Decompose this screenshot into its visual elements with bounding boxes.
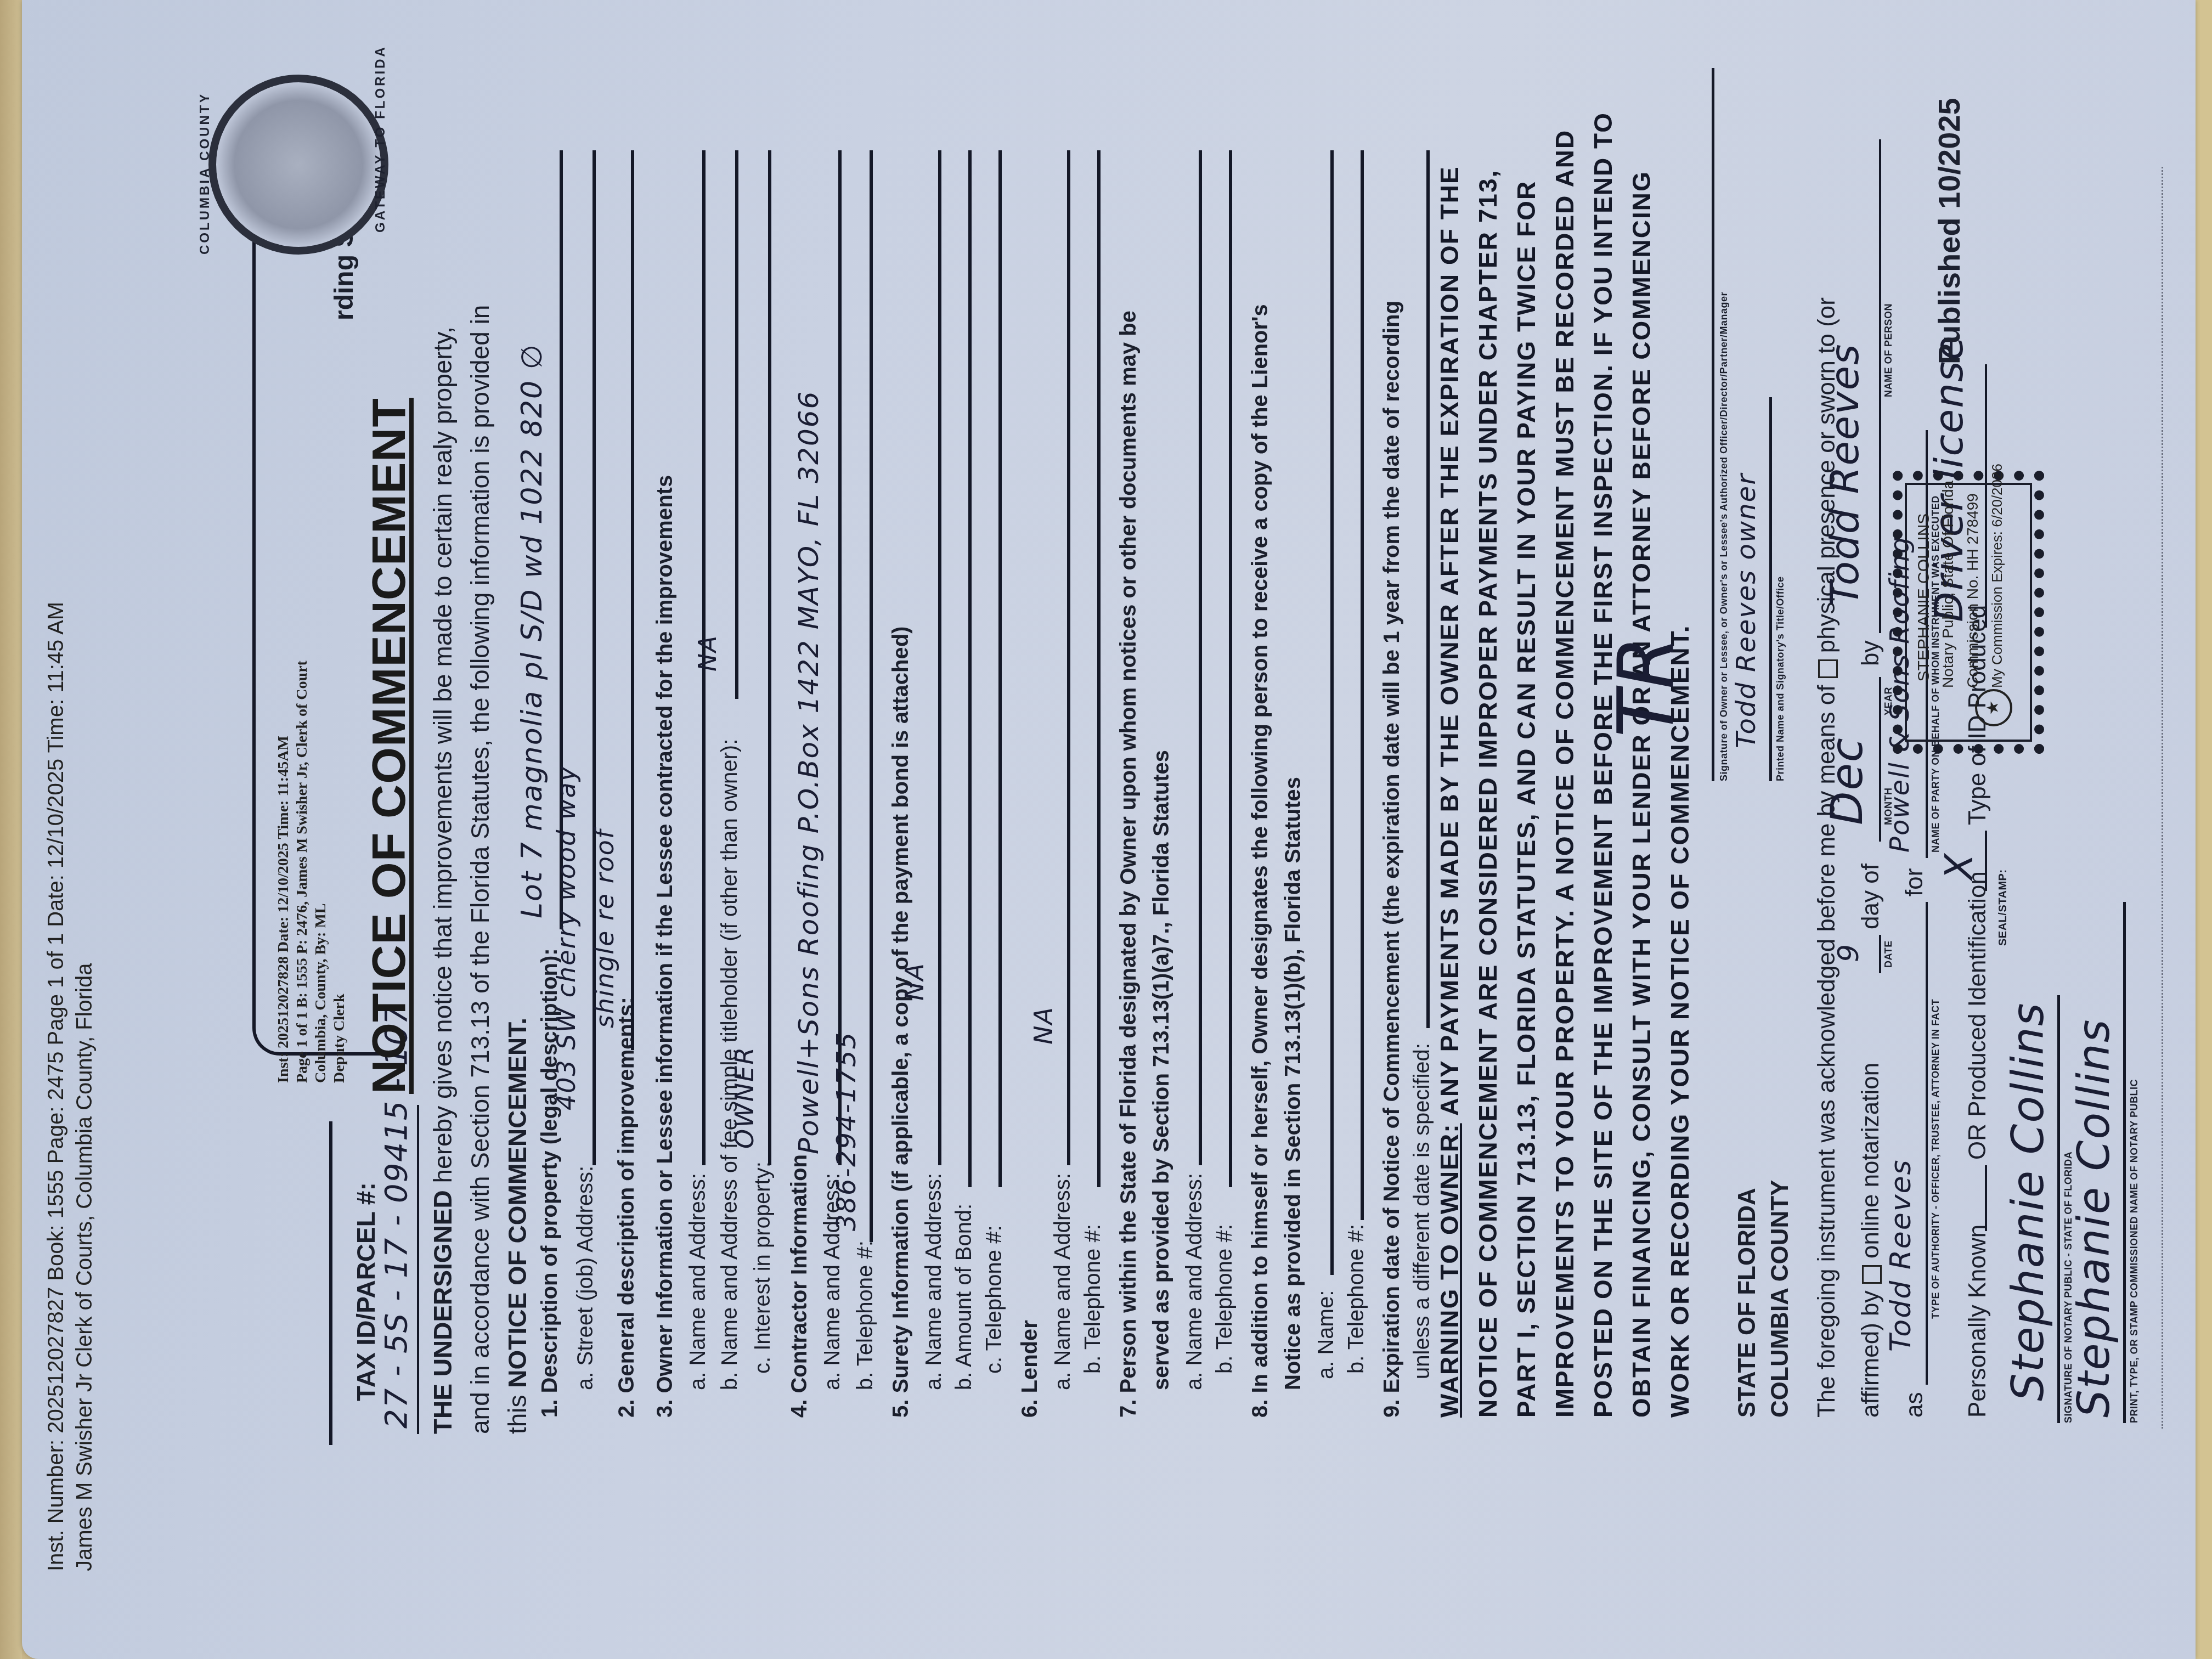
item8-label: 8. In addition to himself or herself, Ow… bbox=[1248, 304, 1273, 1418]
item1a-label: a. Street (job) Address: bbox=[573, 1166, 598, 1390]
titleholder-line bbox=[735, 150, 738, 699]
ack-for-label: for bbox=[1901, 868, 1928, 896]
notary-stamp-expires: My Commission Expires: 6/20/2026 bbox=[1989, 507, 2006, 688]
item5b-label: b. Amount of Bond: bbox=[952, 1204, 977, 1390]
item5a-label: a. Name and Address: bbox=[922, 1173, 946, 1390]
printed-name-caption: Printed Name and Signatory's Title/Offic… bbox=[1775, 576, 1786, 781]
ack-person-value[interactable]: Todd Reeves bbox=[1821, 343, 1867, 606]
ack-day-line bbox=[1879, 935, 1881, 973]
tax-id-label: TAX ID/PARCEL #: bbox=[351, 1182, 381, 1401]
desk-surface-right bbox=[2196, 0, 2212, 1659]
ack-as-line bbox=[1926, 902, 1928, 1385]
recording-header-line2: James M Swisher Jr Clerk of Courts, Colu… bbox=[72, 963, 97, 1571]
affirmed-label: affirmed) by bbox=[1857, 1291, 1884, 1418]
item3-label: 3. Owner Information or Lessee informati… bbox=[653, 475, 678, 1418]
item8a-label: a. Name: bbox=[1314, 1290, 1339, 1379]
tax-id-underline bbox=[417, 1105, 419, 1434]
venue-state: STATE OF FLORIDA bbox=[1734, 1188, 1761, 1418]
item6b-label: b. Telephone #: bbox=[1081, 1224, 1105, 1374]
notary-seal-icon: ★ bbox=[1975, 689, 2012, 726]
bottom-edge-rule bbox=[2162, 167, 2165, 1429]
personally-known-line[interactable] bbox=[1985, 1165, 1987, 1231]
clerk-stamp-line1: Inst: 202512027828 Date: 12/10/2025 Time… bbox=[274, 736, 293, 1083]
ack-line2: affirmed) by online notarization bbox=[1857, 1063, 1884, 1418]
interest-line bbox=[768, 150, 771, 1165]
titleholder-value[interactable]: NA bbox=[694, 635, 722, 672]
recording-header-line1: Inst. Number: 202512027827 Book: 1555 Pa… bbox=[44, 602, 69, 1571]
interest-value[interactable]: OWNER bbox=[730, 1046, 759, 1149]
ack-date-caption: DATE bbox=[1883, 940, 1894, 968]
paper-sheet: Inst. Number: 202512027827 Book: 1555 Pa… bbox=[22, 0, 2196, 1659]
street-address-value[interactable]: 403 SW cherry wood way bbox=[551, 765, 581, 1110]
notary-printed-name[interactable]: Stephanie Collins bbox=[2068, 1019, 2119, 1418]
produced-id-value[interactable]: X bbox=[1937, 853, 1982, 880]
item5-label: 5. Surety Information (if applicable, a … bbox=[889, 627, 913, 1418]
page-title: NOTICE OF COMMENCEMENT bbox=[362, 398, 416, 1094]
item8-label2: Notice as provided in Section 713.13(1)(… bbox=[1281, 777, 1306, 1390]
bond-amount-line[interactable] bbox=[968, 150, 972, 1187]
warning-text-0: ANY PAYMENTS MADE BY THE OWNER AFTER THE… bbox=[1435, 166, 1464, 1116]
intro-notice: NOTICE OF COMMENCEMENT. bbox=[503, 1018, 532, 1388]
lienor-copy-phone-line[interactable] bbox=[1361, 150, 1364, 1220]
printed-name-line bbox=[1769, 397, 1772, 781]
item2-label: 2. General description of improvements: bbox=[614, 997, 639, 1418]
signature-line bbox=[1712, 68, 1714, 781]
ack-person-line bbox=[1879, 139, 1881, 633]
item7-label: 7. Person within the State of Florida de… bbox=[1116, 311, 1141, 1418]
contractor-value[interactable]: Powell+Sons Roofing P.O.Box 1422 MAYO, F… bbox=[793, 391, 825, 1154]
ack-as-label: as bbox=[1901, 1392, 1928, 1418]
ack-authority-caption: TYPE OF AUTHORITY - OFFICER, TRUSTEE, AT… bbox=[1930, 999, 1942, 1319]
ack-day-of-label: day of bbox=[1857, 864, 1884, 929]
contractor-phone-line bbox=[870, 150, 873, 1242]
county-seal-icon bbox=[208, 75, 388, 255]
item7-label2: served as provided by Section 713.13(1)(… bbox=[1149, 750, 1174, 1390]
printed-name-value[interactable]: Todd Reeves owner bbox=[1731, 473, 1762, 748]
clerk-stamp-line3: Columbia, County, By: ML bbox=[312, 904, 330, 1084]
physical-presence-checkbox[interactable] bbox=[1818, 659, 1838, 678]
improvements-line bbox=[631, 150, 634, 1050]
item6a-label: a. Name and Address: bbox=[1051, 1173, 1075, 1390]
item5c-label: c. Telephone #: bbox=[982, 1225, 1007, 1374]
warning-line3: IMPROVEMENTS TO YOUR PROPERTY. A NOTICE … bbox=[1550, 129, 1579, 1418]
improvements-value[interactable]: shingle re roof bbox=[590, 829, 619, 1028]
produced-id-line bbox=[1985, 831, 1987, 891]
item8b-label: b. Telephone #: bbox=[1344, 1224, 1369, 1374]
clerk-stamp-line2: Page 1 of 1 B: 1555 P: 2476, James M Swi… bbox=[293, 661, 312, 1083]
county-seal-bottom-text: GATEWAY TO FLORIDA bbox=[373, 45, 388, 233]
surety-line bbox=[938, 150, 941, 1165]
document-page: Inst. Number: 202512027827 Book: 1555 Pa… bbox=[22, 0, 2196, 1659]
contractor-line bbox=[838, 150, 842, 1165]
item6-label: 6. Lender bbox=[1018, 1320, 1042, 1418]
designee-phone-line[interactable] bbox=[1229, 150, 1232, 1187]
warning-line1: NOTICE OF COMMENCEMENT ARE CONSIDERED IM… bbox=[1473, 170, 1503, 1418]
produced-id-label: OR Produced Identification bbox=[1964, 871, 1991, 1160]
lienor-copy-name-line[interactable] bbox=[1330, 150, 1334, 1275]
ack-day-value[interactable]: 9 bbox=[1832, 943, 1865, 962]
signature-caption: Signature of Owner or Lessee, or Owner's… bbox=[1718, 292, 1730, 781]
warning-line0: WARNING TO OWNER: ANY PAYMENTS MADE BY T… bbox=[1435, 166, 1464, 1418]
surety-phone-line[interactable] bbox=[998, 150, 1002, 1187]
surety-value[interactable]: NA bbox=[900, 962, 929, 1001]
notary-stamp-commission: Commission No. HH 278499 bbox=[1964, 507, 1982, 688]
online-notarization-checkbox[interactable] bbox=[1862, 1265, 1882, 1284]
warning-line2: PART I, SECTION 713.13, FLORIDA STATUTES… bbox=[1511, 180, 1541, 1418]
designee-line[interactable] bbox=[1199, 150, 1202, 1165]
personally-known-label: Personally Known bbox=[1964, 1224, 1991, 1418]
warning-line4: POSTED ON THE SITE OF THE IMPROVEMENT BE… bbox=[1588, 112, 1618, 1418]
notary-stamp-name: STEPHANIE COLLINS bbox=[1915, 507, 1933, 688]
item9-label: 9. Expiration date of Notice of Commence… bbox=[1380, 301, 1404, 1418]
intro-line3: this NOTICE OF COMMENCEMENT. bbox=[503, 1018, 532, 1434]
ack-as-value[interactable]: Todd Reeves bbox=[1884, 1159, 1917, 1352]
intro-bold: THE UNDERSIGNED bbox=[428, 1190, 457, 1434]
ack-by-label: by bbox=[1857, 641, 1884, 666]
item3c-label: c. Interest in property: bbox=[751, 1161, 775, 1374]
ack-month-line bbox=[1879, 677, 1881, 842]
item4-label: 4. Contractor Information bbox=[787, 1154, 812, 1418]
warning-line5: OBTAIN FINANCING, CONSULT WITH YOUR LEND… bbox=[1627, 171, 1656, 1418]
lender-phone-line[interactable] bbox=[1097, 150, 1101, 1187]
clerk-stamp-line4: Deputy Clerk bbox=[330, 994, 349, 1083]
contractor-phone-value[interactable]: 386-294-1755 bbox=[831, 1031, 862, 1231]
item7b-label: b. Telephone #: bbox=[1212, 1224, 1237, 1374]
ack-month-value[interactable]: Dec bbox=[1821, 737, 1872, 825]
lender-line bbox=[1067, 150, 1070, 1165]
item9-label2: unless a different date is specified: bbox=[1410, 1043, 1435, 1379]
online-notarization-label: online notarization bbox=[1857, 1063, 1884, 1259]
published-date: Published 10/2025 bbox=[1931, 98, 1967, 364]
venue-county: COLUMBIA COUNTY bbox=[1767, 1180, 1794, 1418]
county-seal-top-text: COLUMBIA COUNTY bbox=[198, 92, 213, 255]
ack-person-caption: NAME OF PERSON bbox=[1883, 303, 1894, 397]
legal-description-value[interactable]: Lot 7 magnolia pl S/D wd 1022 820 ∅ bbox=[516, 343, 549, 918]
expiration-date-line[interactable] bbox=[1426, 150, 1430, 1028]
intro-line1: THE UNDERSIGNED hereby gives notice that… bbox=[428, 326, 458, 1434]
owner-signature[interactable]: TR bbox=[1602, 635, 1691, 737]
item3a-label: a. Name and Address: bbox=[686, 1173, 710, 1390]
notary-stamp-title: Notary Public, State Of Florida bbox=[1939, 507, 1957, 688]
warning-line6: WORK OR RECORDING YOUR NOTICE OF COMMENC… bbox=[1665, 624, 1695, 1418]
notary-signature-line bbox=[2057, 995, 2060, 1423]
seal-stamp-label: SEAL/STAMP: bbox=[1997, 869, 2010, 946]
warning-heading: WARNING TO OWNER: bbox=[1435, 1123, 1464, 1418]
item7a-label: a. Name and Address: bbox=[1182, 1173, 1207, 1390]
intro-text: hereby gives notice that improvements wi… bbox=[428, 326, 457, 1183]
notary-printed-line bbox=[2123, 902, 2126, 1423]
intro-line2: and in accordance with Section 713.13 of… bbox=[465, 305, 495, 1434]
notary-signature[interactable]: Stephanie Collins bbox=[2002, 1002, 2053, 1401]
item4b-label: b. Telephone #: bbox=[853, 1240, 878, 1390]
lender-value[interactable]: NA bbox=[1029, 1006, 1058, 1045]
tax-id-top-rule bbox=[329, 1121, 332, 1445]
notary-printed-caption: PRINT, TYPE, OR STAMP COMMISSIONED NAME … bbox=[2129, 1079, 2140, 1423]
desk-surface-left bbox=[0, 0, 22, 1659]
intro-prefix: this bbox=[503, 1395, 532, 1434]
